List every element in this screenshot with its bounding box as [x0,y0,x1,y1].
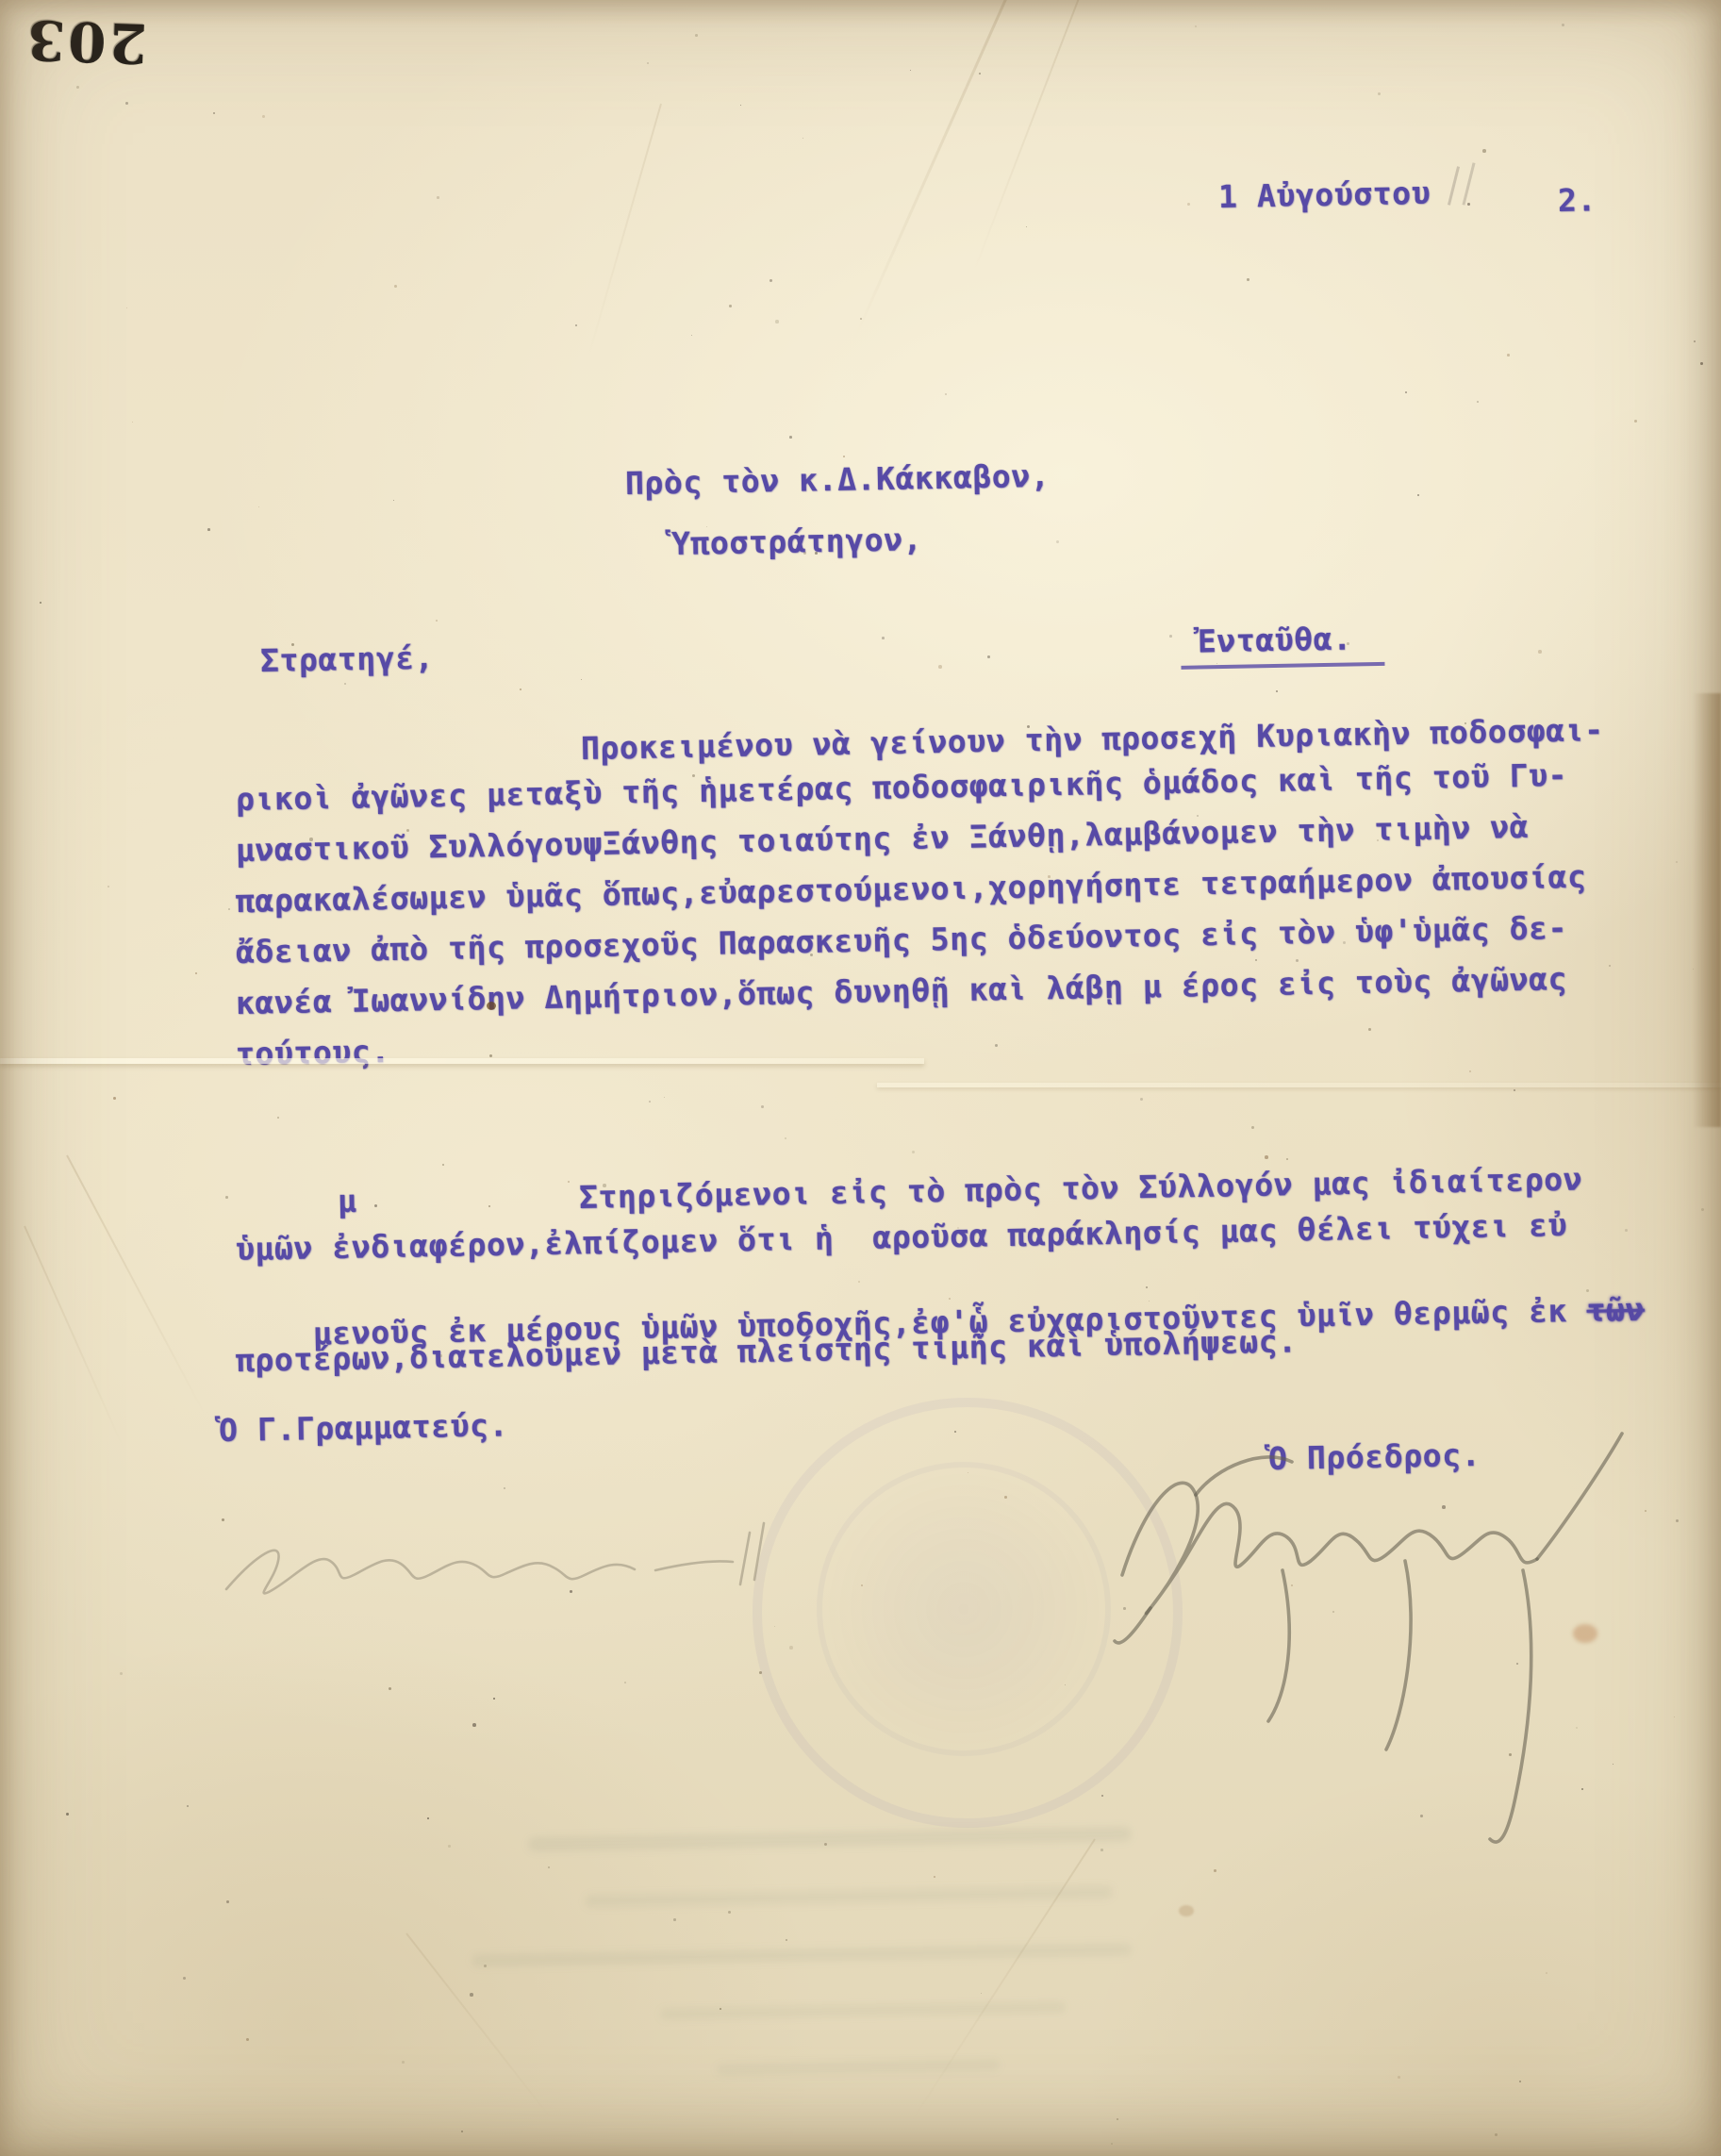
letter-paper: 203 1 Αὐγούστου 2. Πρὸς τὸν κ.Δ.Κάκκαβον… [0,0,1721,2156]
paragraph2-line2: ὑμῶν ἐνδιαφέρον,ἐλπίζομεν ὅτι ἡ αροῦσα π… [236,1209,1568,1265]
paragraph2-stray-char: μ [338,1186,357,1217]
pencil-tick-mark [1462,162,1475,205]
paper-crease [852,0,1019,342]
recipient-place-line: Ἐνταῦθα. [1119,591,1384,689]
date-year-text: 2. [1558,184,1597,216]
bleedthrough-ghost-line [717,2059,1000,2075]
paragraph1-line2: ρικοὶ ἀγῶνες μεταξὺ τῆς ἡμετέρας ποδοσφα… [236,759,1568,815]
bleedthrough-ghost-line [528,1826,1132,1851]
paper-crease [405,1932,552,2119]
paper-fold-line [877,1083,1721,1087]
paragraph2-line3-struckout-word: τῶν [1586,1291,1645,1329]
paper-crease [909,1838,1096,2124]
date-text: 1 Αὐγούστου [1218,177,1431,212]
paper-crease [66,1155,205,1415]
paragraph1-line5: ἄδειαν ἀπὸ τῆς προσεχοῦς Παρασκευῆς 5ης … [236,912,1568,968]
paragraph2-line1: Στηριζόμενοι εἰς τὸ πρὸς τὸν Σύλλογόν μα… [579,1163,1583,1212]
registry-number-stamp: 203 [24,8,148,75]
secretary-title-text: Ὁ Γ.Γραμματεύς. [219,1409,509,1446]
paragraph1-line7: τούτους. [236,1036,390,1070]
bleedthrough-ghost-line [585,1885,1113,1908]
paragraph1-line4: παρακαλέσωμεν ὑμᾶς ὅπως,εὐαρεστούμενοι,χ… [236,861,1587,917]
round-stamp-ghost-inner [817,1462,1111,1756]
paper-crease [587,104,662,358]
recipient-rank-line: Ὑποστράτηγον, [671,523,923,559]
paper-fold-line [0,1058,924,1064]
pencil-tick-mark [1448,166,1460,205]
paragraph1-line3: μναστικοῦ ΣυλλόγουψΞάνθης τοιαύτης ἐν Ξά… [236,811,1530,866]
paper-stain [1179,1905,1194,1916]
paragraph1-line1: Προκειμένου νὰ γείνουν τὴν προσεχῆ Κυρια… [581,714,1604,764]
paragraph1-line6: κανέα Ἰωαννίδην Δημήτριον,ὅπως δυνηθῇ κα… [236,963,1568,1019]
bleedthrough-ghost-line [472,1943,1132,1967]
bleedthrough-ghost-line [660,2001,1066,2020]
salutation-text: Στρατηγέ, [260,642,435,676]
paper-crease [973,0,1086,272]
recipient-name-line: Πρὸς τὸν κ.Δ.Κάκκαβον, [625,460,1051,499]
paper-crease [24,1226,125,1451]
paper-edge-damage [1693,693,1721,1127]
president-signature [1094,1410,1660,1882]
recipient-place-underlined-text: Ἐνταῦθα. [1181,620,1385,670]
secretary-signature [212,1481,797,1632]
